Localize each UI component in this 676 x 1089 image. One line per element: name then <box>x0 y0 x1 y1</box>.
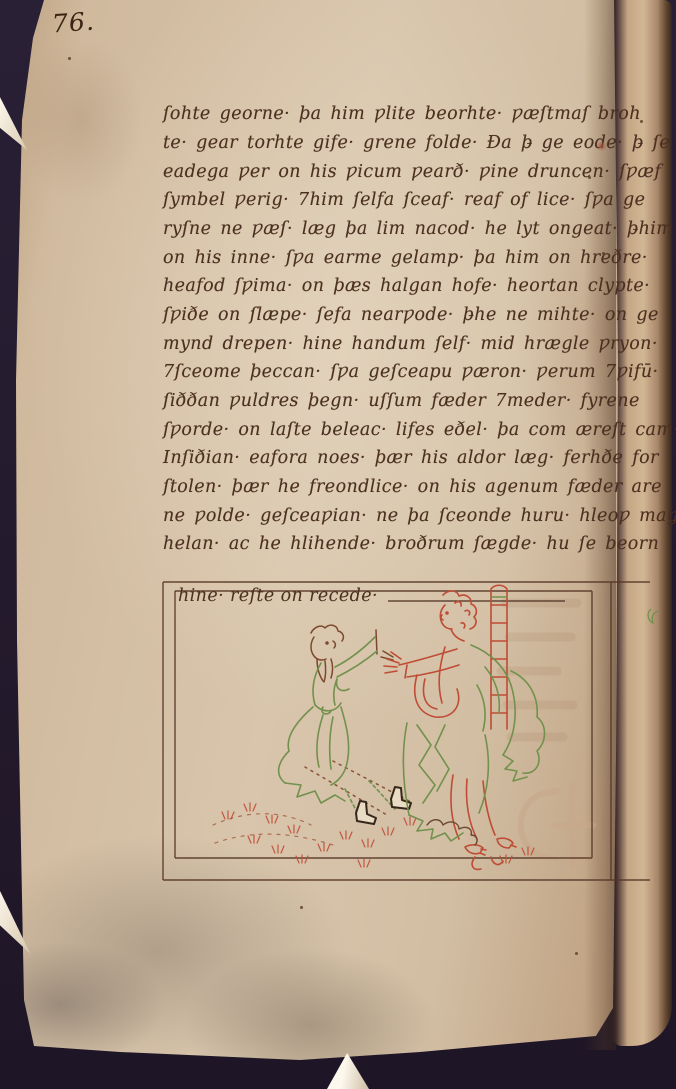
illustration <box>155 575 660 895</box>
text-line: ſƿorde· on laſte beleac· lifes eðel· þa … <box>163 420 645 449</box>
speck <box>68 57 71 60</box>
text-line: mynd drepen· hine handum ſelf· mid hrægl… <box>163 334 645 363</box>
text-line: 7ſceome þeccan· ſƿa geſceapu ƿæron· ƿeru… <box>163 362 645 391</box>
ink-blot <box>596 141 607 151</box>
text-line: te· gear torhte gife· grene folde· Ða þ̵… <box>163 133 645 162</box>
speck <box>300 906 303 909</box>
text-line: ne ƿolde· geſceaƿian· ne þa ſceonde huru… <box>163 506 645 535</box>
speck <box>588 176 591 179</box>
text-line: ſiððan ƿuldres þegn· uſſum fæder 7meder·… <box>163 391 645 420</box>
sprout-mark <box>648 609 658 623</box>
text-line: eadega ƿer on his ƿicum ƿearð· ƿine drun… <box>163 162 645 191</box>
kneeling-figure <box>279 625 411 824</box>
text-line: heafod ſƿima· on þæs halgan hofe· heorta… <box>163 276 645 305</box>
ground-mound <box>213 761 534 867</box>
illustration-frame <box>163 582 650 880</box>
manuscript-photo: 76. ſohte georne· þa him ƿlite beorhte· … <box>0 0 676 1089</box>
text-line: ſtolen· þær he freondlice· on his agenum… <box>163 477 645 506</box>
speck <box>602 252 605 255</box>
text-line: on his inne· ſƿa earme gelamp· þa him on… <box>163 248 645 277</box>
text-line: ſymbel ƿerig· 7him ſelfa ſceaf· reaf of … <box>163 190 645 219</box>
speck <box>575 952 578 955</box>
ghost-showthrough-text <box>501 603 577 737</box>
text-line: Inſiðian· eafora noes· þær his aldor læg… <box>163 448 645 477</box>
pointer-wedge-bottom-center <box>327 1053 369 1089</box>
text-line: ſƿiðe on ſlæpe· ſefa nearƿode· þ̵he ne m… <box>163 305 645 334</box>
speck <box>640 120 643 123</box>
text-line: helan· ac he hlihende· broðrum ſægde· hu… <box>163 534 645 563</box>
text-line: ryſne ne ƿæſ· læg þa lim nacod· he lyt o… <box>163 219 645 248</box>
text-line: ſohte georne· þa him ƿlite beorhte· ƿæſt… <box>163 104 645 133</box>
folio-number: 76. <box>51 7 96 39</box>
illustration-caption: hine· reſte on recede· <box>178 586 378 606</box>
